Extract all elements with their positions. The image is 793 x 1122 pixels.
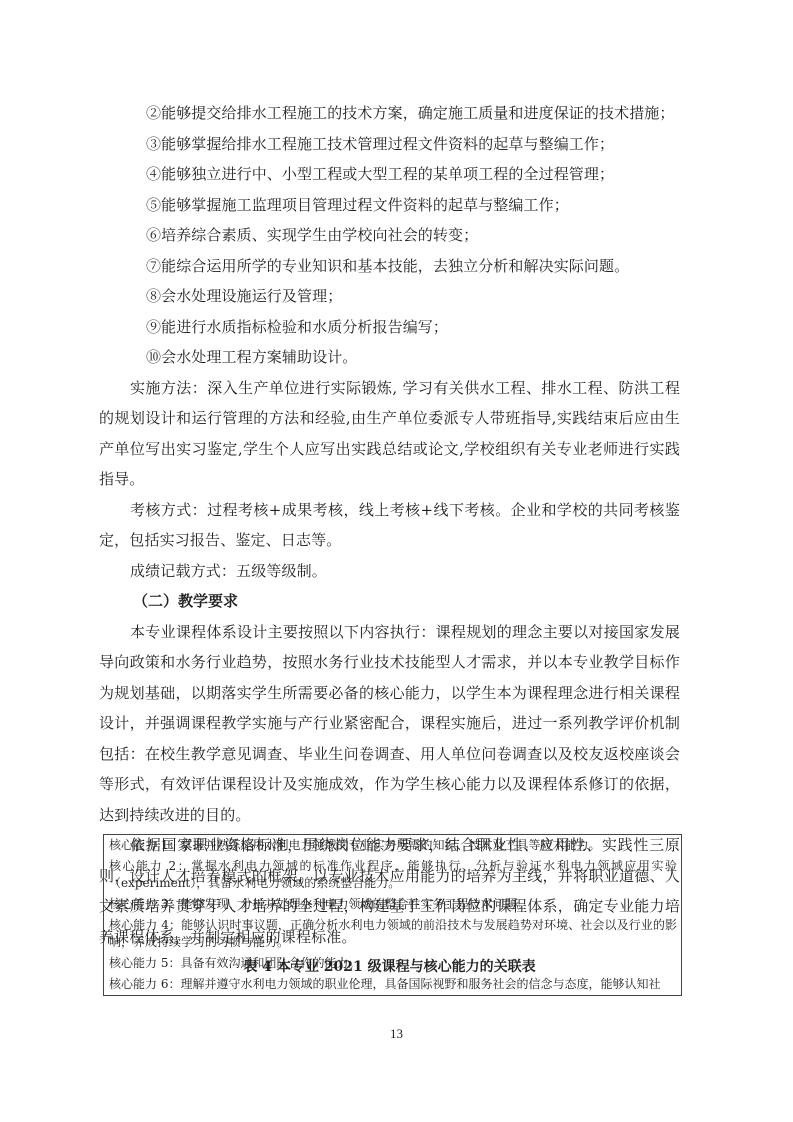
list-item: ⑨能进行水质指标检验和水质分析报告编写； xyxy=(115,312,680,343)
table-row: 核心能力 2：掌握水利电力领域的标准作业程序，能够执行、分析与验证水利电力领域应… xyxy=(104,856,682,894)
list-item: ②能够提交给排水工程施工的技术方案，确定施工质量和进度保证的技术措施； xyxy=(115,98,680,129)
table-row: 核心能力 3：能够发现、分析并处理水利电力领域的整合性实务工程技术问题。 xyxy=(104,894,682,915)
list-item: ⑥培养综合素质、实现学生由学校向社会的转变； xyxy=(115,220,680,251)
document-page: ②能够提交给排水工程施工的技术方案，确定施工质量和进度保证的技术措施； ③能够掌… xyxy=(0,0,793,1122)
table-cell: 核心能力 3：能够发现、分析并处理水利电力领域的整合性实务工程技术问题。 xyxy=(104,894,682,915)
list-item: ⑦能综合运用所学的专业知识和基本技能，去独立分析和解决实际问题。 xyxy=(115,251,680,282)
table-row: 核心能力 6：理解并遵守水利电力领域的职业伦理，具备国际视野和服务社会的信念与态… xyxy=(104,974,682,996)
page-number: 13 xyxy=(0,1026,793,1042)
table-row: 核心能力 5：具备有效沟通和团队合作的能力。 xyxy=(104,953,682,974)
list-item: ③能够掌握给排水工程施工技术管理过程文件资料的起草与整编工作； xyxy=(115,129,680,160)
curriculum-design-paragraph: 本专业课程体系设计主要按照以下内容执行：课程规划的理念主要以对接国家发展导向政策… xyxy=(99,617,680,831)
table-cell: 核心能力 6：理解并遵守水利电力领域的职业伦理，具备国际视野和服务社会的信念与态… xyxy=(104,974,682,996)
skill-objectives-list: ②能够提交给排水工程施工的技术方案，确定施工质量和进度保证的技术措施； ③能够掌… xyxy=(115,98,680,373)
table-row: 核心能力 4：能够认识时事议题，正确分析水利电力领域的前沿技术与发展趋势对环境、… xyxy=(104,915,682,953)
table-cell: 核心能力 1：掌握并熟练运用水利电力领域的专业实务所需的知识、技术及工具等技术能… xyxy=(104,835,682,857)
table-row: 核心能力 1：掌握并熟练运用水利电力领域的专业实务所需的知识、技术及工具等技术能… xyxy=(104,835,682,857)
implementation-method-paragraph: 实施方法：深入生产单位进行实际锻炼, 学习有关供水工程、排水工程、防洪工程的规划… xyxy=(99,373,680,495)
list-item: ⑧会水处理设施运行及管理； xyxy=(115,281,680,312)
list-item: ⑩会水处理工程方案辅助设计。 xyxy=(115,342,680,373)
table-cell: 核心能力 2：掌握水利电力领域的标准作业程序，能够执行、分析与验证水利电力领域应… xyxy=(104,856,682,894)
assessment-method-paragraph: 考核方式：过程考核+成果考核，线上考核+线下考核。企业和学校的共同考核鉴定，包括… xyxy=(99,495,680,556)
grade-record-paragraph: 成绩记载方式：五级等级制。 xyxy=(99,556,680,587)
core-abilities-table: 核心能力 1：掌握并熟练运用水利电力领域的专业实务所需的知识、技术及工具等技术能… xyxy=(103,834,682,996)
list-item: ④能够独立进行中、小型工程或大型工程的某单项工程的全过程管理； xyxy=(115,159,680,190)
section-heading: （二）教学要求 xyxy=(115,586,680,617)
table-cell: 核心能力 5：具备有效沟通和团队合作的能力。 xyxy=(104,953,682,974)
table-cell: 核心能力 4：能够认识时事议题，正确分析水利电力领域的前沿技术与发展趋势对环境、… xyxy=(104,915,682,953)
list-item: ⑤能够掌握施工监理项目管理过程文件资料的起草与整编工作； xyxy=(115,190,680,221)
